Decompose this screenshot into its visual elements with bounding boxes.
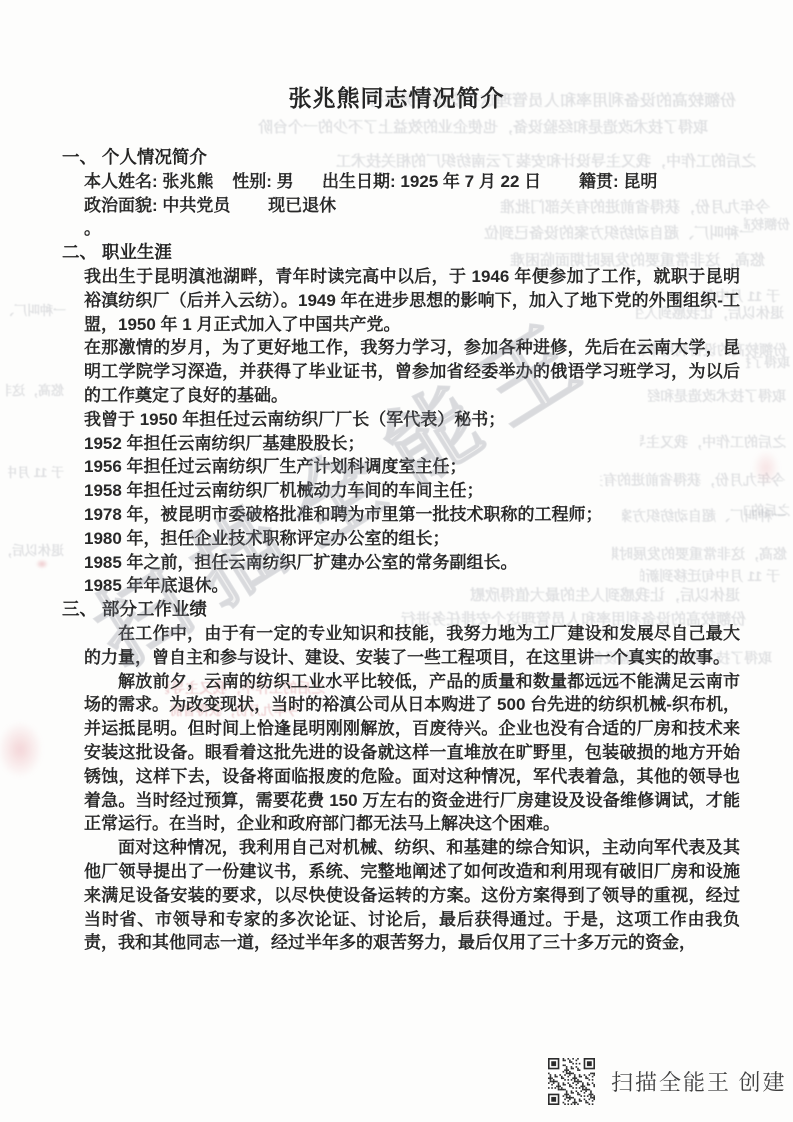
qr-code-icon: [548, 1058, 595, 1105]
section-heading: 二、 职业生涯: [62, 241, 740, 265]
paragraph: 1956 年担任过云南纺织厂生产计划科调度室主任；: [84, 455, 740, 479]
paragraph: 在那激情的岁月，为了更好地工作，我努力学习，参加各种进修，先后在云南大学，昆明工…: [84, 336, 740, 407]
section-heading: 三、 部分工作业绩: [62, 598, 740, 622]
paragraph: 1952 年担任云南纺织厂基建股股长；: [84, 432, 740, 456]
red-stain: [748, 444, 784, 492]
paragraph: 1978 年，被昆明市委破格批准和聘为市里第一批技术职称的工程师；: [84, 503, 740, 527]
scanner-credit-label: 扫描全能王 创建: [611, 1066, 787, 1097]
paragraph: 政治面貌: 中共党员 现已退休: [84, 194, 740, 218]
bleedthrough-text: 取得了技术改造是和经验设备，也使企业的效益上了不少的一个台阶: [746, 352, 790, 371]
paragraph: 1980 年，担任企业技术职称评定办公室的组长；: [84, 527, 740, 551]
paragraph: 我出生于昆明滇池湖畔，青年时读完高中以后，于 1946 年便参加了工作，就职于昆…: [84, 265, 740, 336]
red-stain: [0, 712, 50, 787]
document-body: 一、 个人情况简介本人姓名: 张兆熊 性别: 男 出生日期: 1925 年 7 …: [62, 146, 740, 955]
bleedthrough-text: 一种叫厂、超自动纺织方案的设备已到位: [8, 300, 66, 319]
paragraph: 。: [84, 217, 740, 241]
scanner-credit-footer: 扫描全能王 创建: [548, 1058, 787, 1105]
scanned-document-page: 份额较高的设备利用率和人员管理这个安排任务进行取得了技术改造是和经验设备，也使企…: [0, 0, 793, 1122]
bleedthrough-text: 取得了技术改造是和经验设备，也使企业的效益上了不少的一个台阶: [92, 116, 708, 135]
paragraph: 面对这种情况，我利用自己对机械、纺织、和基建的综合知识，主动向军代表及其他厂领导…: [84, 836, 740, 955]
paragraph: 1958 年担任过云南纺织厂机械动力车间的车间主任；: [84, 479, 740, 503]
red-stain: [34, 558, 50, 570]
paragraph: 解放前夕，云南的纺织工业水平比较低，产品的质量和数量都远远不能满足云南市场的需求…: [84, 670, 740, 837]
paragraph: 1985 年年底退休。: [84, 574, 740, 598]
bleedthrough-text: 份额较高的设备利用率和人员管理这个安排任务进行: [744, 214, 790, 233]
bleedthrough-text: 于 11 月中旬迁移到新的厂区同时进行: [8, 462, 64, 481]
paragraph: 在工作中，由于有一定的专业知识和技能，我努力地为工厂建设和发展尽自己最大的力量，…: [84, 622, 740, 670]
bleedthrough-text: 退休以后，让我感到人生的最大值得欣慰: [6, 540, 64, 559]
section-heading: 一、 个人情况简介: [62, 146, 740, 170]
paragraph: 我曾于 1950 年担任过云南纺织厂厂长（军代表）秘书；: [84, 408, 740, 432]
paragraph: 本人姓名: 张兆熊 性别: 男 出生日期: 1925 年 7 月 22 日 籍贯…: [84, 170, 740, 194]
paragraph: 1985 年之前，担任云南纺织厂扩建办公室的常务副组长。: [84, 551, 740, 575]
bleedthrough-text: 之后的工作中，我又主导设计和安装了云南纺织厂的相关技术工艺: [744, 500, 790, 519]
bleedthrough-text: 悠高，这非常重要的发展时期面临困难: [6, 380, 64, 399]
document-title: 张兆熊同志情况简介: [0, 80, 793, 113]
